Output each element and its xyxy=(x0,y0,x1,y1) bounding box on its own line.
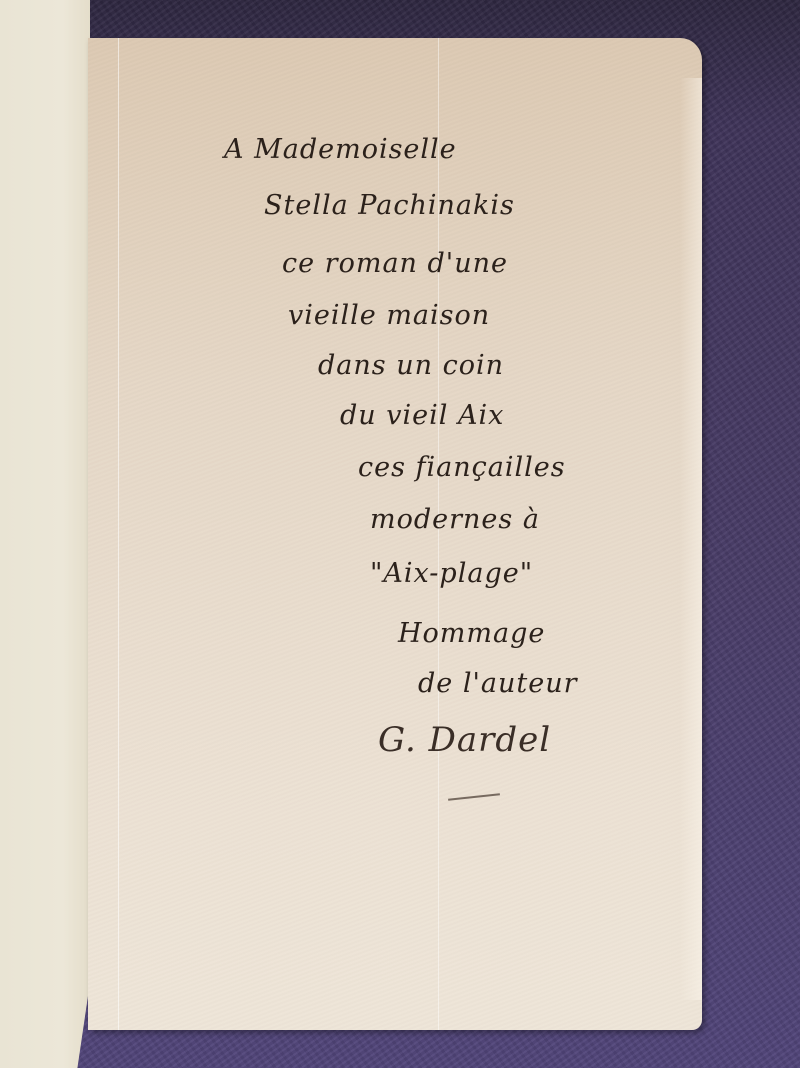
author-signature: G. Dardel xyxy=(378,720,551,760)
inscription-line: du vieil Aix xyxy=(340,400,504,431)
inscription-line: ces fiançailles xyxy=(358,452,566,483)
inscription-line: "Aix-plage" xyxy=(370,558,533,589)
inscription-line: Hommage xyxy=(398,618,545,649)
inscription-line: vieille maison xyxy=(288,300,490,331)
handwritten-dedication: A Mademoiselle Stella Pachinakis ce roma… xyxy=(88,38,702,1030)
inscription-line: modernes à xyxy=(370,504,540,535)
flyleaf-page: A Mademoiselle Stella Pachinakis ce roma… xyxy=(88,38,702,1030)
inscription-line: ce roman d'une xyxy=(282,248,508,279)
inscription-line: dans un coin xyxy=(318,350,504,381)
inscription-line: A Mademoiselle xyxy=(224,134,457,165)
inscription-line: de l'auteur xyxy=(418,668,578,699)
inscription-line: Stella Pachinakis xyxy=(264,190,515,221)
photo-scene: A Mademoiselle Stella Pachinakis ce roma… xyxy=(0,0,800,1068)
signature-underline xyxy=(448,793,500,800)
facing-page xyxy=(0,0,90,1068)
